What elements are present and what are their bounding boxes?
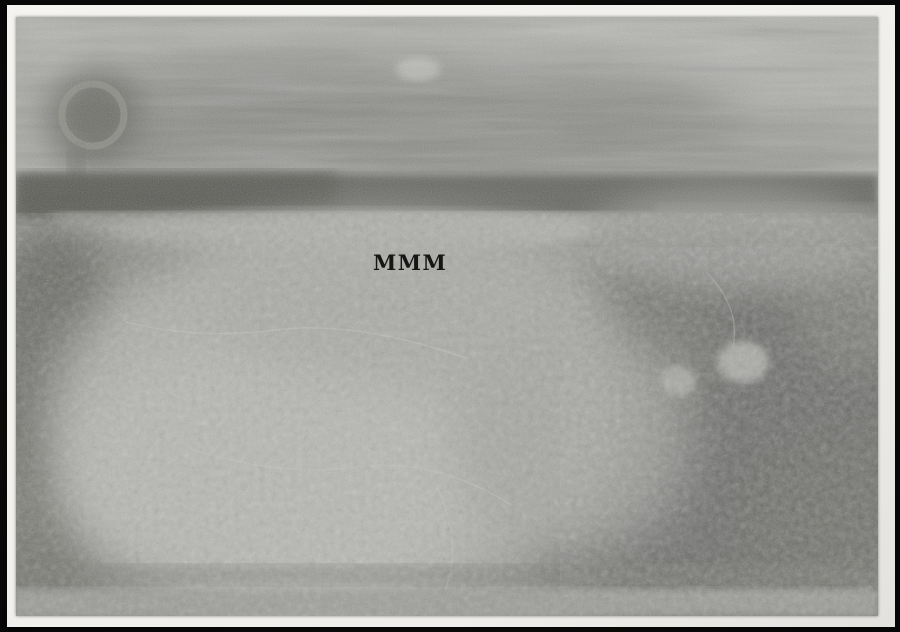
photograph: MMM	[16, 17, 878, 616]
stamp-text: MMM	[373, 252, 447, 274]
film-grain-overlay	[16, 17, 878, 616]
photo-mat: MMM	[7, 5, 895, 627]
wall-texture-image	[16, 17, 878, 616]
photo-frame: MMM	[0, 0, 900, 632]
